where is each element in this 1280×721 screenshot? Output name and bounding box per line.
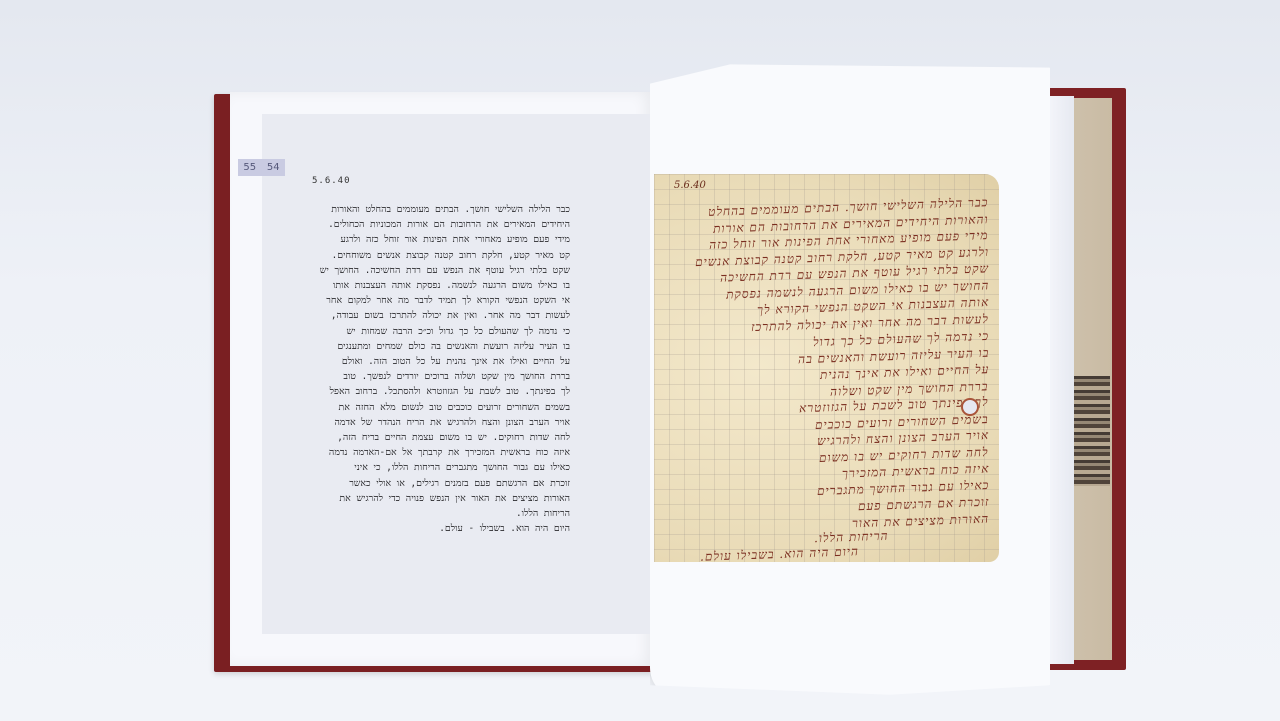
page-stack bbox=[1046, 96, 1074, 664]
text-line: כבר הלילה השלישי חושך. הבתים מעוממים בהח… bbox=[300, 202, 570, 217]
text-line: איזה כוח בראשית המזכירך את קרבתך אל אם-ה… bbox=[300, 445, 570, 460]
text-line: היום היה הוא. בשבילו - עולם. bbox=[300, 521, 570, 536]
text-line: אי השקט הנפשי הקורא לך תמיד לדבר מה אחר … bbox=[300, 293, 570, 308]
text-line: בשמים השחורים זרועים כוכבים טוב לנשום מל… bbox=[300, 400, 570, 415]
page-number-55: 55 bbox=[243, 162, 256, 173]
punch-hole bbox=[961, 398, 979, 416]
text-line: היחידים המאירים את הרחובות הם אורות המכו… bbox=[300, 217, 570, 232]
text-line: בו כאילו משום הרגעה לנשמה. נפסקת אותה הע… bbox=[300, 278, 570, 293]
text-line: מידי פעם מופיע מאחורי אחת הפינות אור זוח… bbox=[300, 232, 570, 247]
page-number-54: 54 bbox=[267, 162, 280, 173]
text-line: שקט בלתי רגיל עוטף את הנפש עם רדת החשיכה… bbox=[300, 263, 570, 278]
text-line: אויר הערב הצונן והצח ולהרגיש את הריח הנה… bbox=[300, 415, 570, 430]
text-line: בררת החושך מין שקט ושלוה ברוכים יורדים ל… bbox=[300, 369, 570, 384]
diary-text: כבר הלילה השלישי חושך. הבתים מעוממים בהח… bbox=[300, 202, 570, 536]
left-page: 55 54 5.6.40 כבר הלילה השלישי חושך. הבתי… bbox=[230, 92, 654, 666]
text-line: בו העיר עליזה רועשת והאנשים בה כולם שמחי… bbox=[300, 339, 570, 354]
entry-date: 5.6.40 bbox=[312, 176, 351, 186]
text-line: לך בפינתך. טוב לשבת על הגזוזטרא ולהסתכל.… bbox=[300, 384, 570, 399]
text-line: זוכרת אם הרגשתם פעם בזמנים רגילים, או או… bbox=[300, 476, 570, 491]
handwritten-line: היום היה הוא. בשבילו עולם. bbox=[700, 544, 859, 562]
handwritten-line: האורות מציצים את האור bbox=[852, 511, 990, 531]
manuscript-date: 5.6.40 bbox=[674, 180, 706, 191]
text-line: כאילו עם גבור החושך מתגברים הריחות הללו,… bbox=[300, 460, 570, 475]
text-line: הריחות הללו. bbox=[300, 506, 570, 521]
text-line: האורות מציצים את האור אין הנפש פנויה כדי… bbox=[300, 491, 570, 506]
manuscript-image: 5.6.40 כבר הלילה השלישי חושך. הבתים מעומ… bbox=[654, 174, 999, 562]
text-line: כי נדמה לך שהעולם כל כך גדול וכ״כ הרבה ש… bbox=[300, 324, 570, 339]
text-line: קט מאיר קטע, חלקת רחוב קטנה קבוצת אנשים … bbox=[300, 248, 570, 263]
text-line: לחה שדות רחוקים. יש בו משום עצמת החיים ב… bbox=[300, 430, 570, 445]
text-line: לעשות דבר מה אחר. ואין את יכולה להתרכז ב… bbox=[300, 308, 570, 323]
page-number-tab: 55 54 bbox=[238, 159, 285, 176]
text-line: על החיים ואילו את אינך נהנית על כל הטוב … bbox=[300, 354, 570, 369]
